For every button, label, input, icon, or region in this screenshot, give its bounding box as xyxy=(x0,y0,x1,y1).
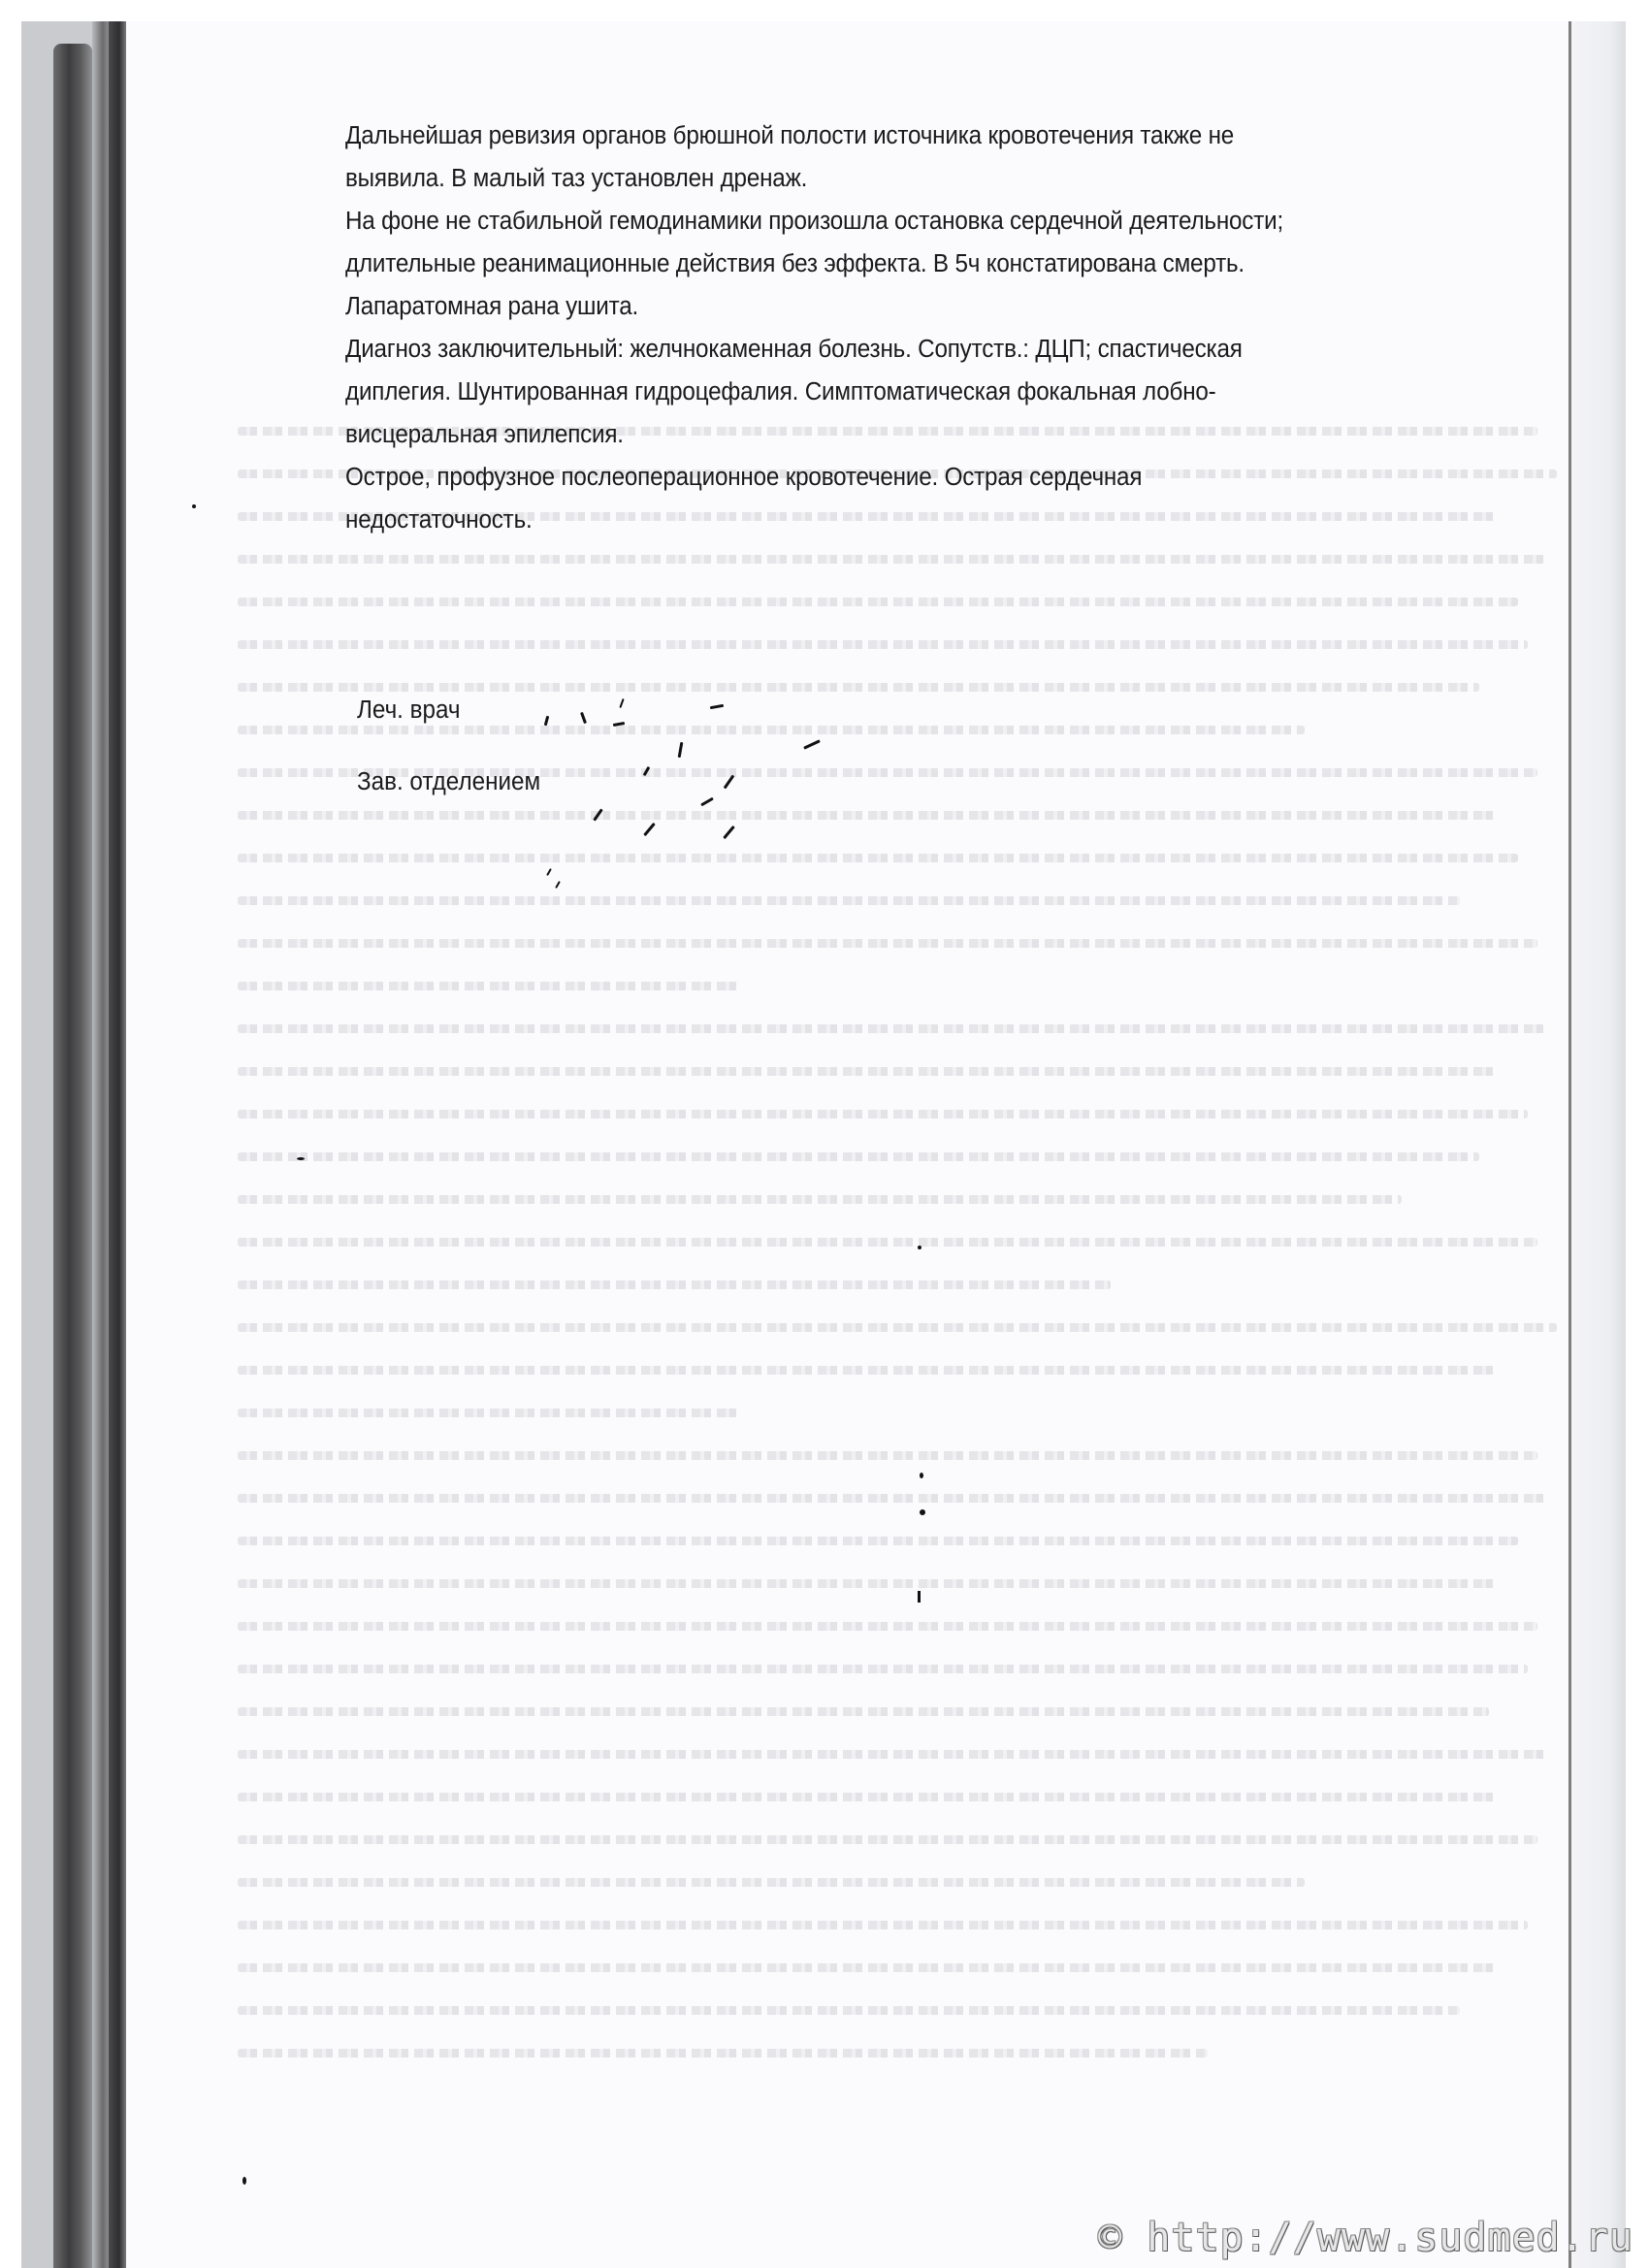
body-line: Дальнейшая ревизия органов брюшной полос… xyxy=(345,114,1498,157)
body-line: На фоне не стабильной гемодинамики произ… xyxy=(345,200,1498,243)
show-through-line xyxy=(238,1280,1111,1289)
body-line: выявила. В малый таз установлен дренаж. xyxy=(345,157,1498,200)
show-through-line xyxy=(238,854,1518,862)
show-through-line xyxy=(238,726,1305,734)
body-line: длительные реанимационные действия без э… xyxy=(345,243,1498,285)
show-through-line xyxy=(238,1067,1499,1076)
department-head-label: Зав. отделением xyxy=(357,768,540,796)
show-through-line xyxy=(238,982,742,990)
show-through-line xyxy=(238,1366,1499,1375)
diagnosis-line: висцеральная эпилепсия. xyxy=(345,413,1498,456)
show-through-line xyxy=(238,1793,1499,1801)
show-through-line xyxy=(238,939,1537,948)
show-through-line xyxy=(238,811,1499,820)
show-through-line xyxy=(238,1494,1547,1503)
show-through-line xyxy=(238,1024,1547,1033)
binder-spine xyxy=(53,44,92,2268)
page-stack-edge xyxy=(109,21,126,2268)
show-through-line xyxy=(238,1323,1557,1332)
show-through-line xyxy=(238,598,1518,606)
show-through-line xyxy=(238,1835,1537,1844)
attending-physician-label: Леч. врач xyxy=(357,697,461,725)
diagnosis-line: диплегия. Шунтированная гидроцефалия. Си… xyxy=(345,371,1498,413)
show-through-line xyxy=(238,1622,1537,1631)
show-through-line xyxy=(238,640,1528,649)
show-through-line xyxy=(238,1195,1402,1204)
show-through-line xyxy=(238,1878,1305,1887)
show-through-line xyxy=(238,1409,742,1417)
show-through-line xyxy=(238,1963,1499,1972)
diagnosis-line: Острое, профузное послеоперационное кров… xyxy=(345,456,1498,499)
show-through-line xyxy=(238,1579,1499,1588)
sudmed-watermark: © http://www.sudmed.ru xyxy=(1098,2216,1633,2260)
show-through-line xyxy=(238,1110,1528,1118)
show-through-line xyxy=(238,1451,1537,1460)
scan-right-background xyxy=(1626,0,1649,2268)
show-through-line xyxy=(238,1238,1537,1247)
show-through-text xyxy=(238,427,1567,2095)
body-line: Лапаратомная рана ушита. xyxy=(345,285,1498,328)
show-through-line xyxy=(238,2006,1460,2015)
diagnosis-line: недостаточность. xyxy=(345,499,1498,541)
diagnosis-line: Диагноз заключительный: желчнокаменная б… xyxy=(345,328,1498,371)
show-through-line xyxy=(238,1750,1547,1759)
show-through-line xyxy=(238,555,1547,564)
page-right-margin xyxy=(1571,21,1626,2268)
show-through-line xyxy=(238,2049,1208,2057)
page-fold-line xyxy=(1568,21,1571,2268)
show-through-line xyxy=(238,1921,1528,1929)
show-through-line xyxy=(238,1707,1489,1716)
show-through-line xyxy=(238,1665,1528,1673)
show-through-line xyxy=(238,1152,1479,1161)
show-through-line xyxy=(238,1537,1518,1545)
show-through-line xyxy=(238,896,1460,905)
document-body: Дальнейшая ревизия органов брюшной полос… xyxy=(345,114,1558,541)
show-through-line xyxy=(238,683,1479,692)
